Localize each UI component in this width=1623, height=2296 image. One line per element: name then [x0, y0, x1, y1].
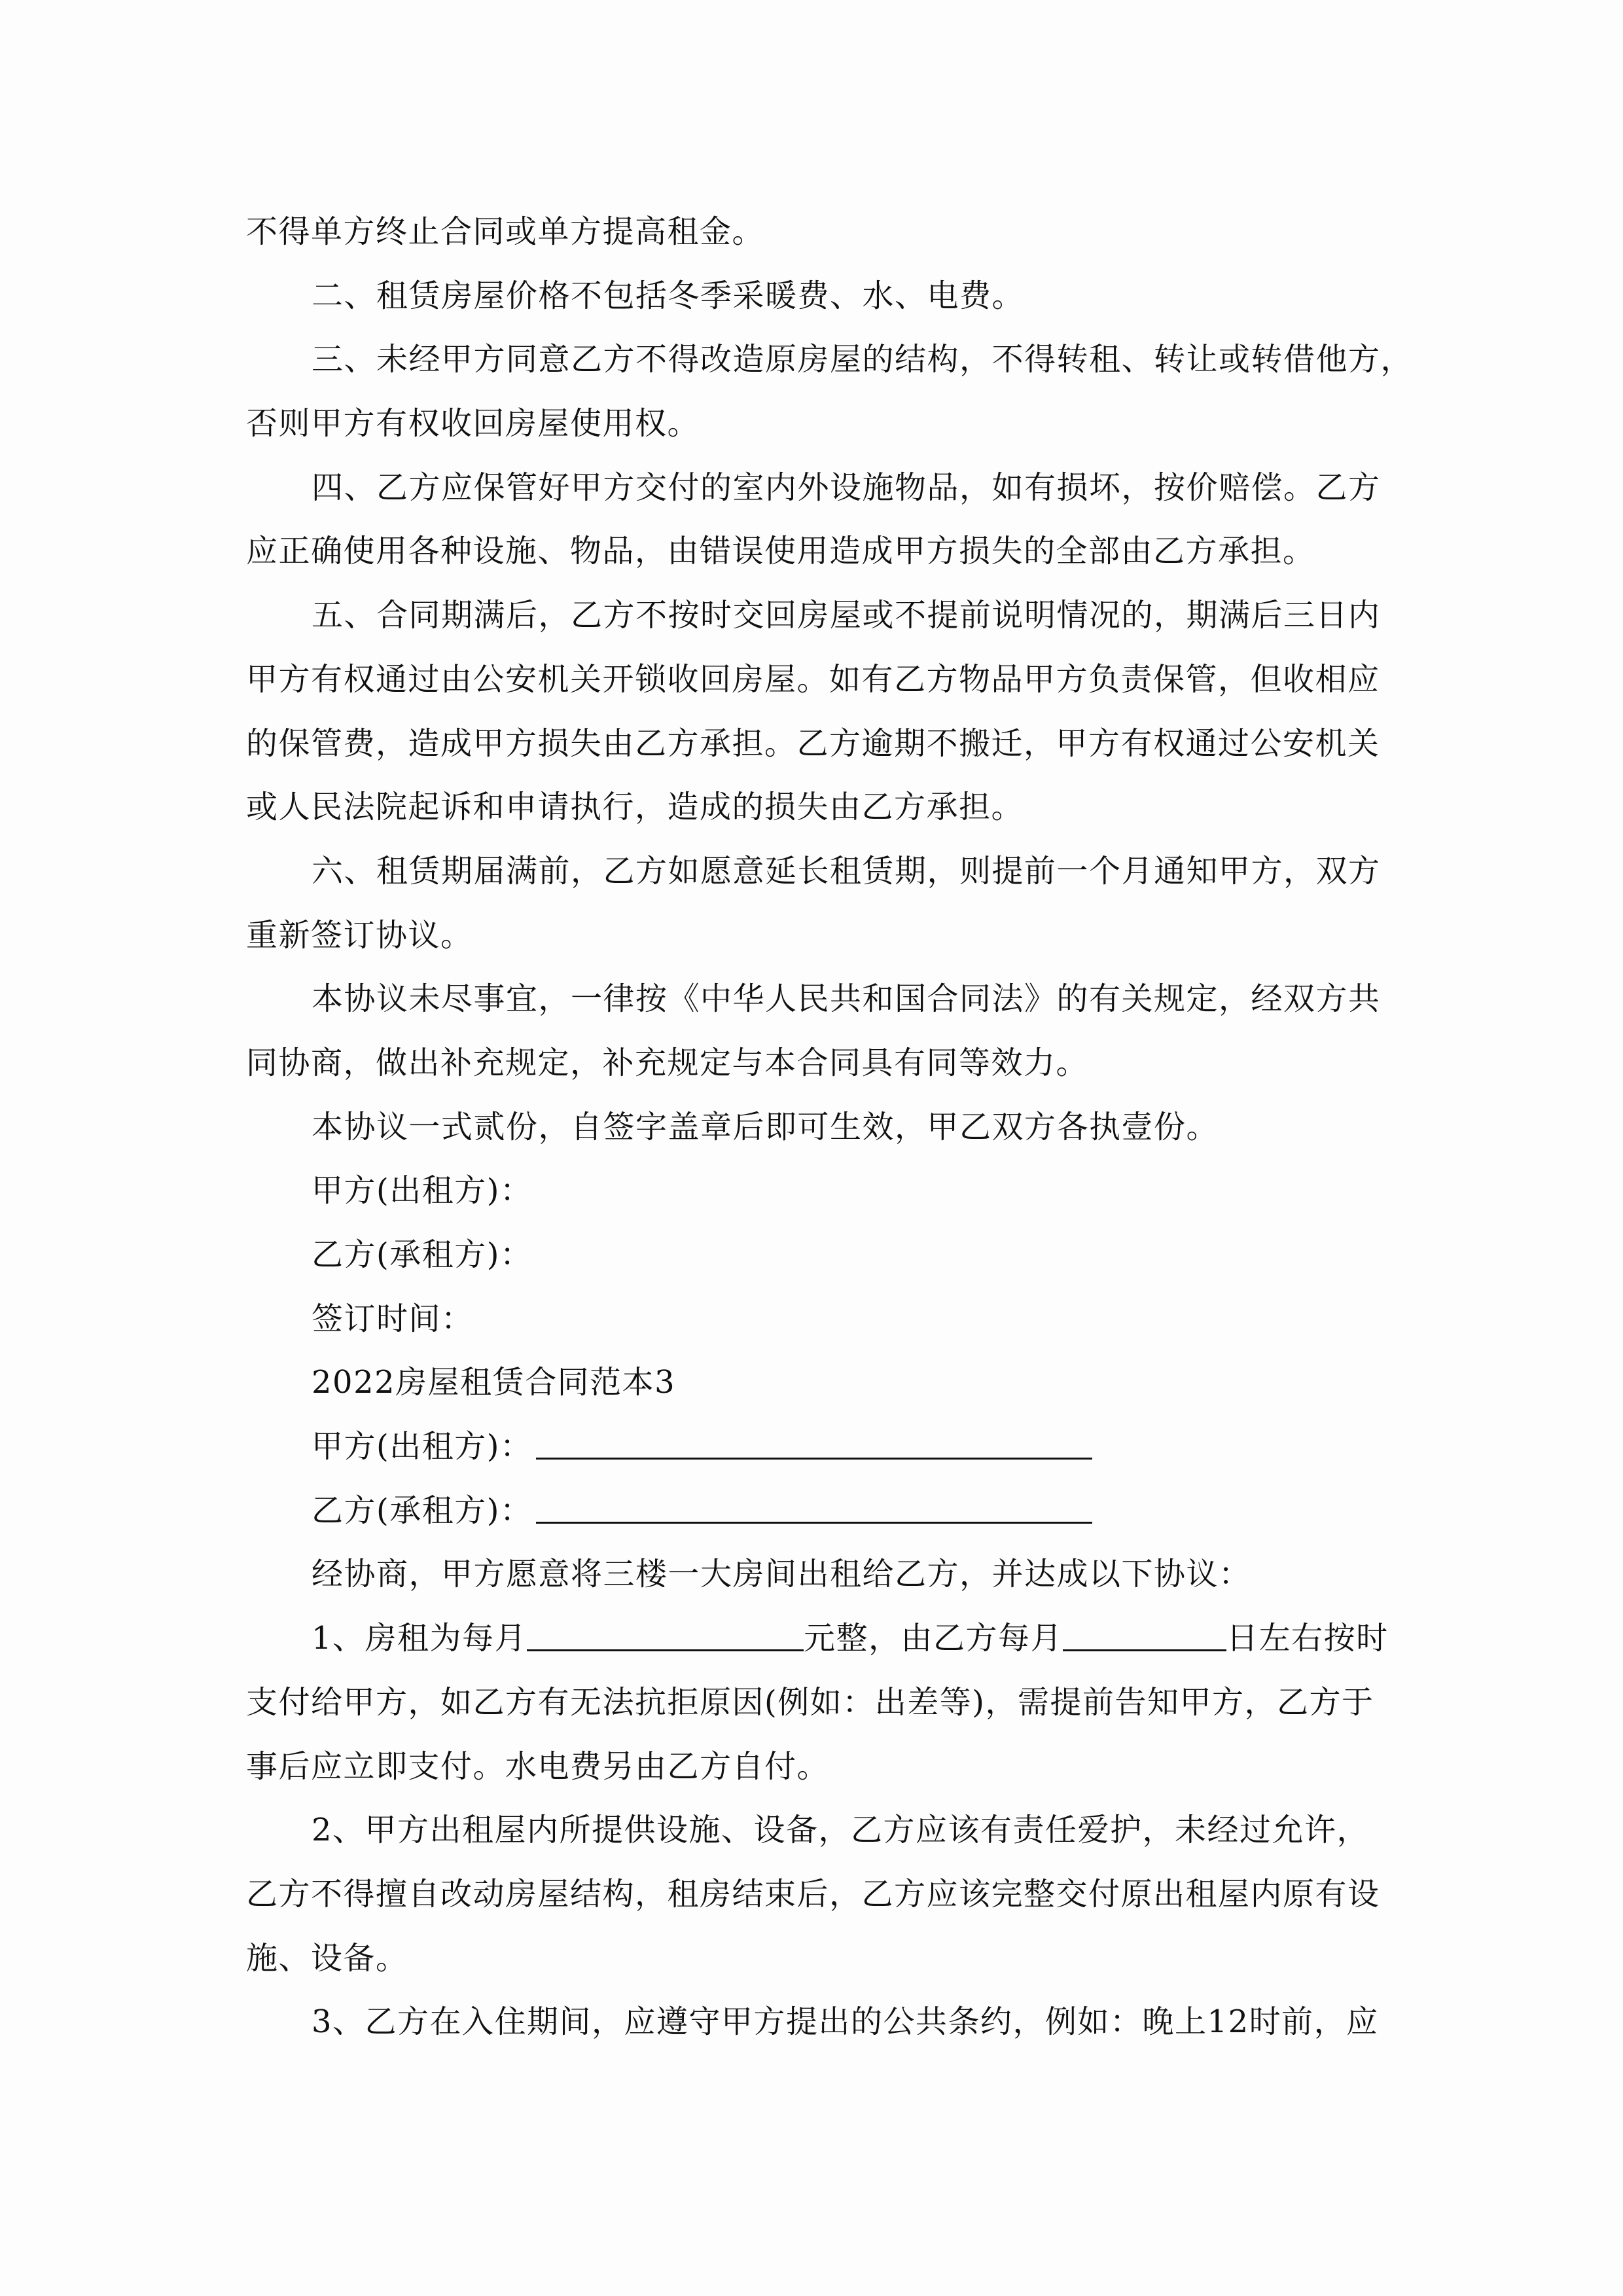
paragraph-line: 重新签订协议。 [246, 904, 1411, 968]
document-page: 不得单方终止合同或单方提高租金。 二、租赁房屋价格不包括冬季采暖费、水、电费。 … [0, 0, 1623, 2296]
pay-day-blank-field[interactable] [1063, 1610, 1226, 1651]
intro-line: 经协商，甲方愿意将三楼一大房间出租给乙方，并达成以下协议： [246, 1543, 1411, 1607]
party-b-label: 乙方(承租方)： [246, 1223, 1411, 1287]
paragraph-line: 甲方有权通过由公安机关开锁收回房屋。如有乙方物品甲方负责保管，但收相应 [246, 648, 1411, 712]
clause-1-text: 日左右按时 [1226, 1620, 1389, 1657]
rent-amount-blank-field[interactable] [527, 1610, 804, 1651]
clause-1-text: 1、房租为每月 [312, 1620, 527, 1657]
party-b-row: 乙方(承租方)： [246, 1479, 1411, 1543]
paragraph-line: 同协商，做出补充规定，补充规定与本合同具有同等效力。 [246, 1031, 1411, 1096]
party-b-blank-field[interactable] [536, 1482, 1092, 1524]
paragraph-line: 应正确使用各种设施、物品，由错误使用造成甲方损失的全部由乙方承担。 [246, 520, 1411, 584]
party-a-label: 甲方(出租方)： [246, 1159, 1411, 1223]
clause-2-line-2: 乙方不得擅自改动房屋结构，租房结束后，乙方应该完整交付原出租屋内原有设 [246, 1863, 1411, 1927]
document-body: 不得单方终止合同或单方提高租金。 二、租赁房屋价格不包括冬季采暖费、水、电费。 … [246, 200, 1411, 2054]
supplementary-clause: 本协议未尽事宜，一律按《中华人民共和国合同法》的有关规定，经双方共 [246, 967, 1411, 1031]
clause-five: 五、合同期满后，乙方不按时交回房屋或不提前说明情况的，期满后三日内 [246, 584, 1411, 648]
copies-clause: 本协议一式贰份，自签字盖章后即可生效，甲乙双方各执壹份。 [246, 1096, 1411, 1160]
party-a-row: 甲方(出租方)： [246, 1415, 1411, 1479]
clause-1-line-3: 事后应立即支付。水电费另由乙方自付。 [246, 1735, 1411, 1799]
paragraph-line: 否则甲方有权收回房屋使用权。 [246, 392, 1411, 456]
party-a-blank-field[interactable] [536, 1418, 1092, 1460]
clause-two: 二、租赁房屋价格不包括冬季采暖费、水、电费。 [246, 264, 1411, 329]
clause-1-line-2: 支付给甲方，如乙方有无法抗拒原因(例如：出差等)，需提前告知甲方，乙方于 [246, 1671, 1411, 1735]
clause-six: 六、租赁期届满前，乙方如愿意延长租赁期，则提前一个月通知甲方，双方 [246, 840, 1411, 904]
clause-2-line-3: 施、设备。 [246, 1927, 1411, 1991]
section-title: 2022房屋租赁合同范本3 [246, 1351, 1411, 1415]
paragraph-line: 或人民法院起诉和申请执行，造成的损失由乙方承担。 [246, 776, 1411, 840]
party-b-label: 乙方(承租方)： [312, 1492, 532, 1529]
clause-3-line-1: 3、乙方在入住期间，应遵守甲方提出的公共条约，例如：晚上12时前，应 [246, 1990, 1411, 2054]
clause-2-line-1: 2、甲方出租屋内所提供设施、设备，乙方应该有责任爱护，未经过允许， [246, 1799, 1411, 1863]
party-a-label: 甲方(出租方)： [312, 1428, 532, 1465]
clause-1-line-1: 1、房租为每月元整，由乙方每月日左右按时 [246, 1607, 1411, 1671]
clause-four: 四、乙方应保管好甲方交付的室内外设施物品，如有损坏，按价赔偿。乙方 [246, 456, 1411, 520]
paragraph-line: 的保管费，造成甲方损失由乙方承担。乙方逾期不搬迁，甲方有权通过公安机关 [246, 712, 1411, 776]
sign-date-label: 签订时间： [246, 1287, 1411, 1352]
clause-1-text: 元整，由乙方每月 [804, 1620, 1063, 1657]
clause-three: 三、未经甲方同意乙方不得改造原房屋的结构，不得转租、转让或转借他方， [246, 328, 1411, 392]
paragraph-line: 不得单方终止合同或单方提高租金。 [246, 200, 1411, 264]
